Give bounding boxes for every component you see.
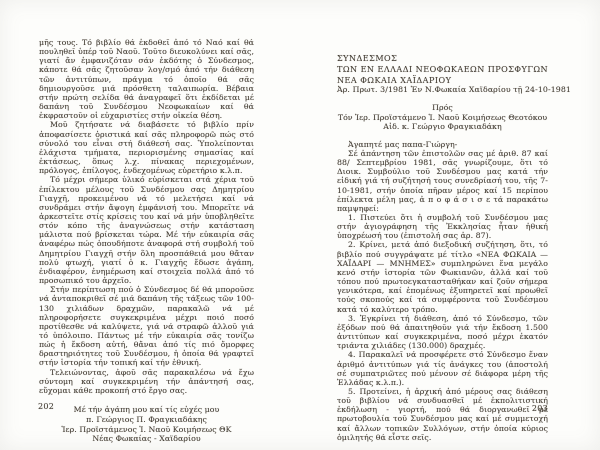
letterhead-block: ΣΥΝΔΕΣΜΟΣΤΩΝ ΕΝ ΕΛΛΑΔΙ ΝΕΟΦΩΚΑΕΩΝ ΠΡΟΣΦΥ… — [337, 53, 548, 85]
book-scan-spread: μῆς τους. Τό βιβλίο θά ἐκδοθεῖ ἀπό τό Να… — [0, 0, 600, 450]
signature-line: Ἱερ. Προϊστάμενος Ἱ. Ναοῦ Κοιμήσεως ΘΚ — [39, 425, 254, 435]
paragraph: 2. Κρίνει, μετά ἀπό διεξοδική συζήτηση, … — [337, 240, 548, 313]
paragraph: 3. Ἐγκρίνει τή διάθεση, ἀπό τό Σύνδεσμο,… — [337, 314, 548, 351]
paragraph: Τό μέχρι σήμερα ὑλικό εὑρίσκεται στά χέρ… — [39, 175, 254, 285]
left-page-text: μῆς τους. Τό βιβλίο θά ἐκδοθεῖ ἀπό τό Να… — [39, 38, 254, 444]
paragraph: Σέ ἀπάντηση τῶν ἐπιστολῶν σας μέ ἀριθ. 8… — [337, 149, 548, 213]
signature-block: Μέ τήν ἀγάπη μου καί τίς εὐχές μουπ. Γεώ… — [39, 405, 254, 444]
page-number-right: 203 — [337, 404, 548, 413]
protocol-line: Ἀρ. Πρωτ. 3/1981 Ἐν Ν.Φωκαία Χαϊδαρίου τ… — [337, 85, 548, 96]
recipient-line: Αἰδ. κ. Γεώργιο Φραγκιαδάκη — [337, 122, 548, 132]
right-page-text: ΣΥΝΔΕΣΜΟΣΤΩΝ ΕΝ ΕΛΛΑΔΙ ΝΕΟΦΩΚΑΕΩΝ ΠΡΟΣΦΥ… — [337, 53, 548, 442]
recipient-block: ΠρόςΤόν Ἱερ. Προϊστάμενο Ἱ. Ναοῦ Κοιμήσε… — [337, 103, 548, 132]
signature-line: π. Γεώργιος Π. Φραγκιαδάκης — [39, 415, 254, 425]
paragraph: Τελειώνοντας, ἀφοῦ σᾶς παρακαλέσω νά ἔχω… — [39, 368, 254, 395]
signature-line: Μέ τήν ἀγάπη μου καί τίς εὐχές μου — [39, 405, 254, 415]
letterhead-line: ΣΥΝΔΕΣΜΟΣ — [337, 53, 548, 64]
left-page-paragraphs: μῆς τους. Τό βιβλίο θά ἐκδοθεῖ ἀπό τό Να… — [39, 38, 254, 395]
signature-line: Νέας Φωκαίας - Χαϊδαρίου — [39, 434, 254, 444]
paragraph: 4. Παρακαλεῖ νά προσφέρετε στό Σύνδεσμο … — [337, 350, 548, 387]
paragraph: Μοῦ ζητήσατε νά διαβάσετε τό βιβλίο πρίν… — [39, 120, 254, 175]
recipient-line: Πρός — [337, 103, 548, 113]
paragraph: 5. Προτείνει, ἡ ἀρχική ἀπό μέρους σας δι… — [337, 387, 548, 442]
page-number-left: 202 — [38, 402, 54, 411]
right-page-paragraphs: Ἀγαπητέ μας παπα-Γιώργη-Σέ ἀπάντηση τῶν … — [337, 140, 548, 442]
paragraph: Στήν περίπτωση πού ὁ Σύνδεσμος δέ θά μπο… — [39, 285, 254, 367]
paragraph: μῆς τους. Τό βιβλίο θά ἐκδοθεῖ ἀπό τό Να… — [39, 38, 254, 120]
letterhead-line: ΤΩΝ ΕΝ ΕΛΛΑΔΙ ΝΕΟΦΩΚΑΕΩΝ ΠΡΟΣΦΥΓΩΝ — [337, 64, 548, 75]
letterhead-line: ΝΕΑ ΦΩΚΑΙΑ ΧΑΪΔΑΡΙΟΥ — [337, 75, 548, 86]
recipient-line: Τόν Ἱερ. Προϊστάμενο Ἱ. Ναοῦ Κοιμήσεως Θ… — [337, 113, 548, 123]
paragraph: 1. Πιστεύει ὅτι ἡ συμβολή τοῦ Συνδέσμου … — [337, 213, 548, 240]
paragraph: Ἀγαπητέ μας παπα-Γιώργη- — [337, 140, 548, 149]
